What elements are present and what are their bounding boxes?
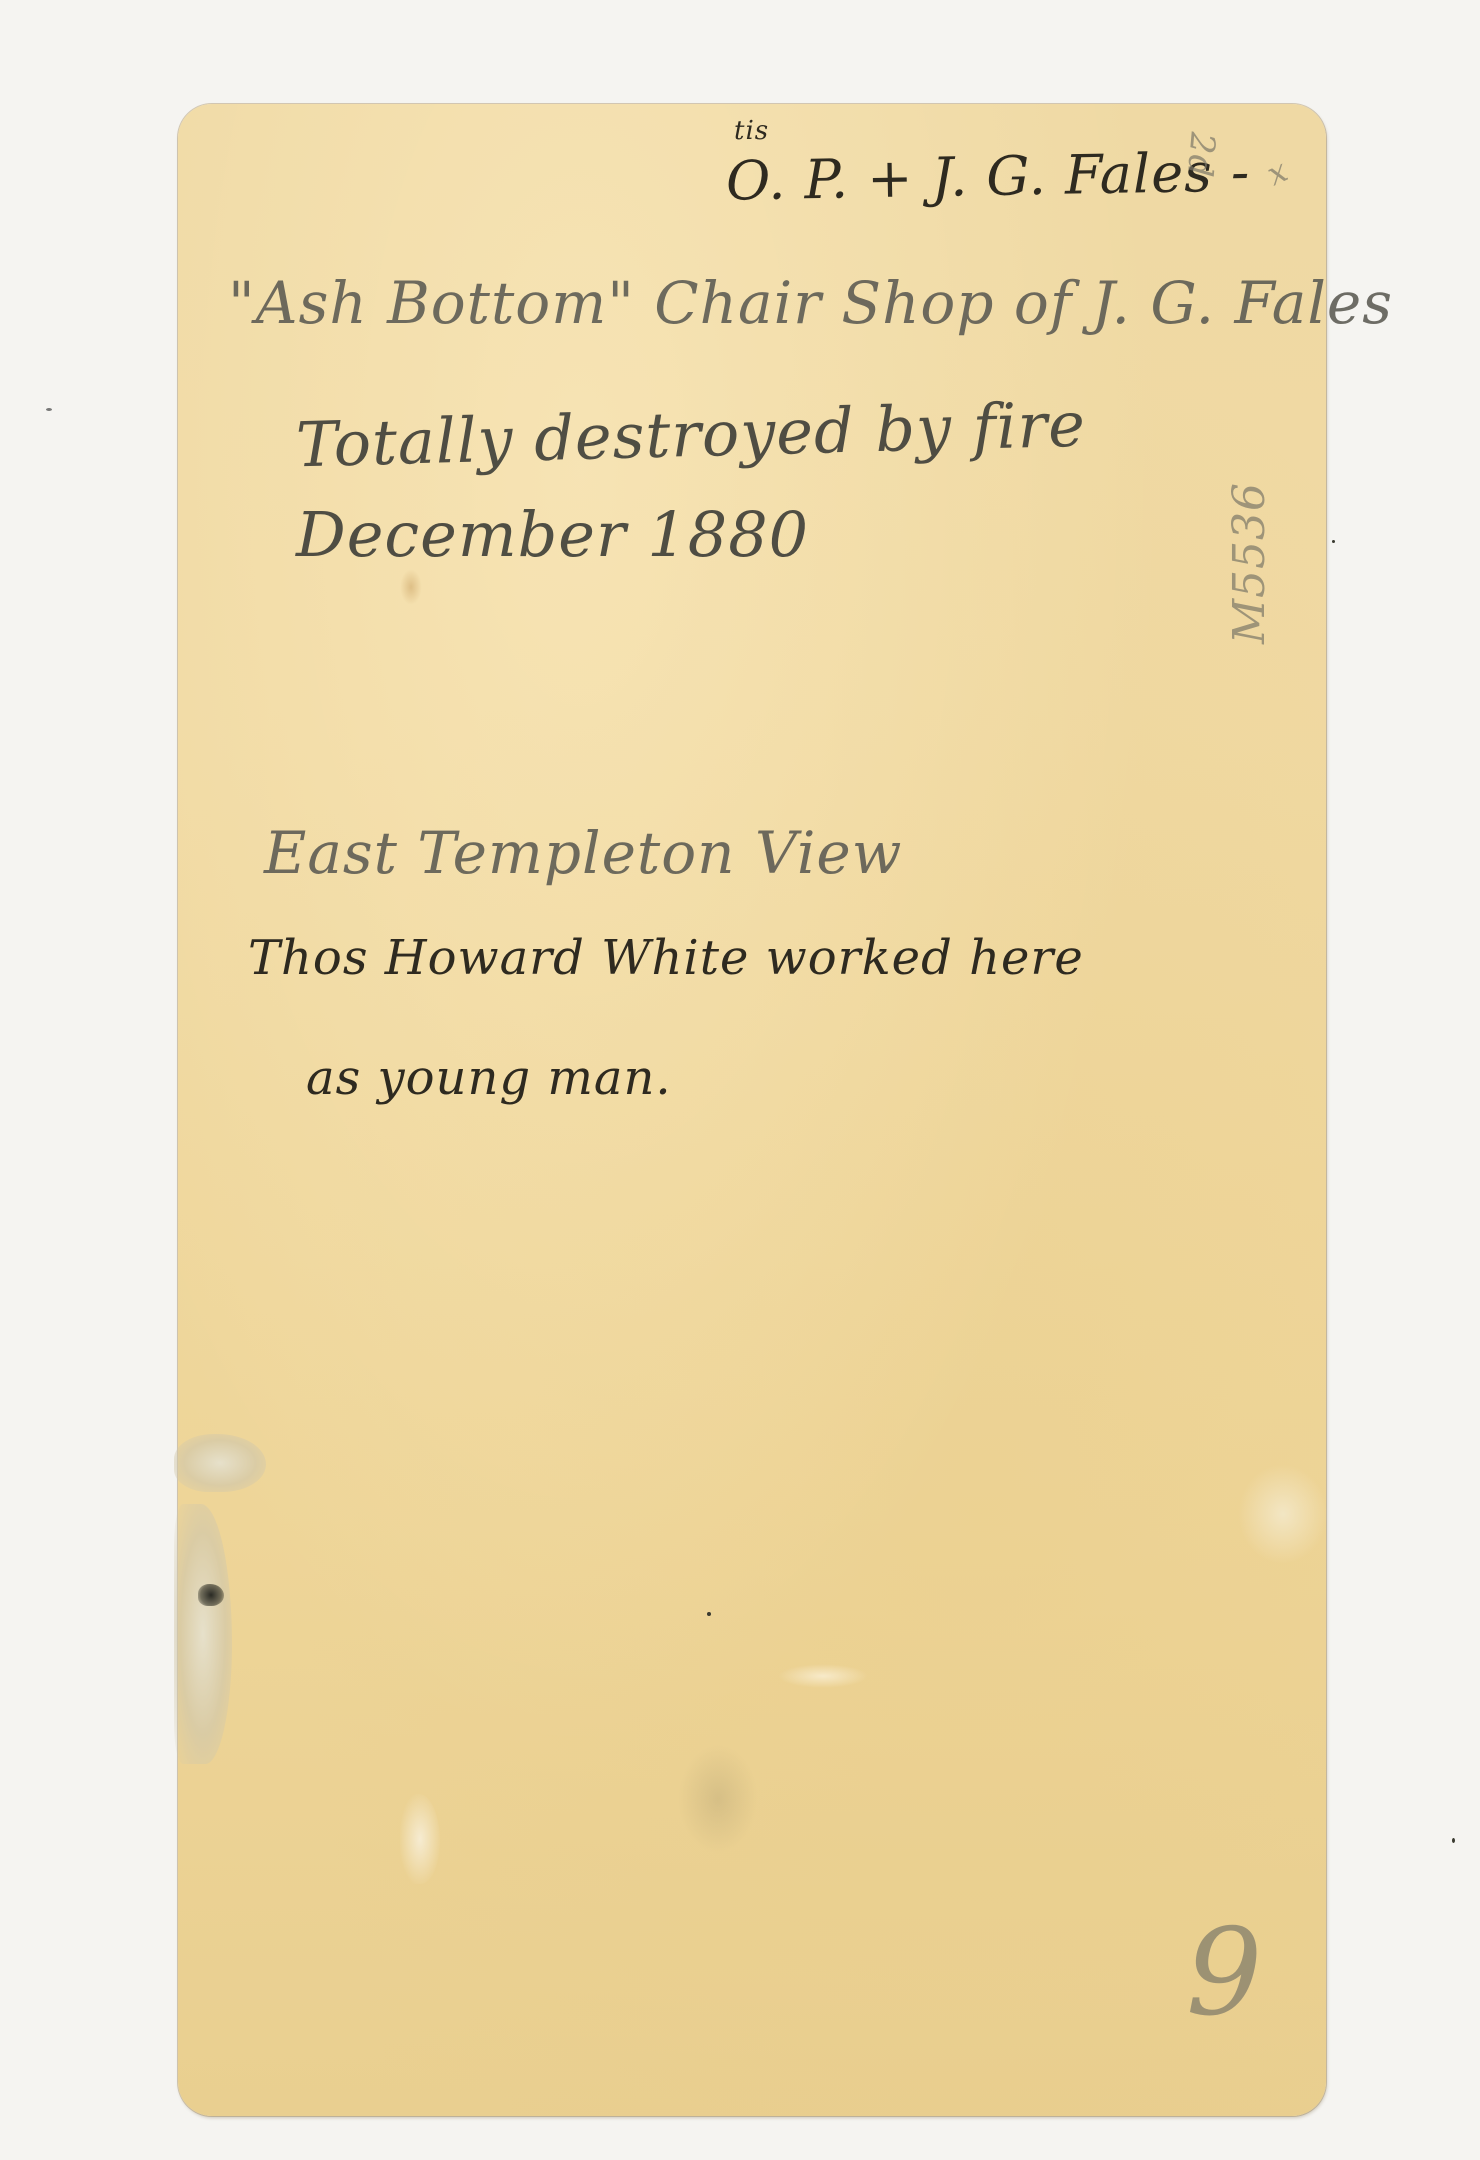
scan-background: tis O. P. + J. G. Fales - 2d x "Ash Bott… bbox=[0, 0, 1480, 2160]
heading-names: O. P. + J. G. Fales - bbox=[726, 145, 1251, 208]
heading-superscript: tis bbox=[734, 118, 769, 144]
scanner-speck bbox=[1452, 1838, 1455, 1843]
caption-destroyed-by-fire: Totally destroyed by fire bbox=[295, 394, 1086, 477]
corner-mark: 2d bbox=[1182, 131, 1220, 179]
corner-mark: x bbox=[1262, 153, 1293, 190]
catalog-number: M5536 bbox=[1228, 482, 1272, 644]
caption-worker-note: Thos Howard White worked here bbox=[248, 934, 1084, 982]
surface-damage bbox=[174, 1434, 266, 1492]
cabinet-card-back: tis O. P. + J. G. Fales - 2d x "Ash Bott… bbox=[178, 104, 1326, 2116]
ink-stain bbox=[198, 1584, 224, 1606]
caption-date: December 1880 bbox=[296, 504, 809, 566]
surface-abrasion bbox=[400, 1794, 440, 1884]
surface-damage bbox=[174, 1504, 232, 1764]
surface-abrasion bbox=[1238, 1464, 1328, 1564]
speck bbox=[707, 1612, 711, 1616]
page-number: 9 bbox=[1186, 1914, 1263, 2034]
caption-chair-shop: "Ash Bottom" Chair Shop of J. G. Fales bbox=[228, 274, 1393, 332]
caption-location: East Templeton View bbox=[264, 824, 902, 882]
scanner-speck bbox=[46, 408, 52, 411]
smudge bbox=[678, 1744, 758, 1854]
surface-abrasion bbox=[778, 1664, 868, 1688]
stain bbox=[400, 569, 422, 605]
scanner-speck bbox=[1332, 540, 1335, 543]
caption-worker-note-continued: as young man. bbox=[306, 1054, 672, 1102]
